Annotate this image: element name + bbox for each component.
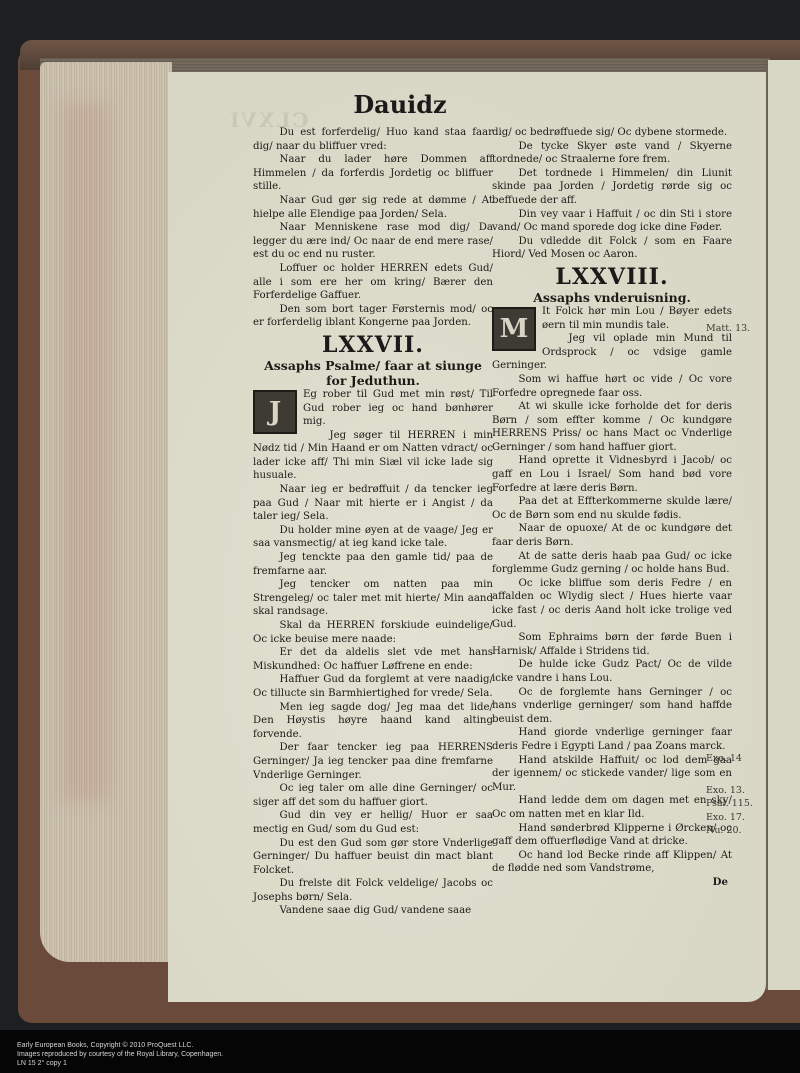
verse: Oc hand lod Becke rinde aff Klippen/ At … — [492, 849, 732, 876]
left-column: Du est forferdelig/ Huo kand staa faar d… — [253, 126, 493, 918]
verse: Oc de forglemte hans Gerninger / oc hans… — [492, 686, 732, 727]
psalm-title: Assaphs vnderuisning. — [492, 290, 732, 305]
margin-note: Psal. 115. — [706, 797, 753, 810]
verse: Skal da HERREN forskiude euindelige/ Oc … — [253, 619, 493, 646]
decorated-initial-icon: J — [253, 390, 297, 434]
verse: Jeg tencker om natten paa min Strengeleg… — [253, 578, 493, 619]
margin-note: Matt. 13. — [706, 322, 750, 335]
verse: Jeg tenckte paa den gamle tid/ paa de fr… — [253, 551, 493, 578]
verse: Det tordnede i Himmelen/ din Liunit skin… — [492, 167, 732, 208]
margin-note: Exo. 17. — [706, 811, 745, 824]
verse: Som Ephraims børn der førde Buen i Harni… — [492, 631, 732, 658]
verse: Hand oprette it Vidnesbyrd i Jacob/ oc g… — [492, 454, 732, 495]
verse: De hulde icke Gudz Pact/ Oc de vilde ick… — [492, 658, 732, 685]
verse: Jeg søger til HERREN i min Nødz tid / Mi… — [253, 429, 493, 483]
verse: Er det da aldelis slet vde met hans Misk… — [253, 646, 493, 673]
verse: Du frelste dit Folck veldelige/ Jacobs o… — [253, 877, 493, 904]
margin-note: Exo. 14 — [706, 752, 742, 765]
running-head: Dauidz — [0, 90, 800, 119]
verse: At de satte deris haab paa Gud/ oc icke … — [492, 550, 732, 577]
verse: Naar de opuoxe/ At de oc kundgøre det fa… — [492, 522, 732, 549]
verse: Hand ledde dem om dagen met en sky/ Oc o… — [492, 794, 732, 821]
decorated-initial-icon: M — [492, 307, 536, 351]
facing-page-edge — [766, 60, 800, 990]
verse: Naar Menniskene rase mod dig/ Da legger … — [253, 221, 493, 262]
footer-courtesy: Images reproduced by courtesy of the Roy… — [17, 1050, 223, 1059]
margin-note: Nu. 20. — [706, 824, 742, 837]
verse: Naar ieg er bedrøffuit / da tencker ieg … — [253, 483, 493, 524]
catchword: De — [492, 876, 732, 890]
page-block-edge — [40, 62, 172, 962]
verse: Den som bort tager Førsternis mod/ oc er… — [253, 303, 493, 330]
verse: Paa det at Effterkommerne skulde lære/ O… — [492, 495, 732, 522]
verse: Naar du lader høre Dommen aff Himmelen /… — [253, 153, 493, 194]
verse: Oc ieg taler om alle dine Gerninger/ oc … — [253, 782, 493, 809]
psalm-number: LXXVIII. — [492, 264, 732, 290]
verse: Der faar tencker ieg paa HERRENS Gerning… — [253, 741, 493, 782]
verse: Naar Gud gør sig rede at dømme / At hiel… — [253, 194, 493, 221]
right-column: dig/ oc bedrøffuede sig/ Oc dybene storm… — [492, 126, 732, 889]
psalm-number: LXXVII. — [253, 332, 493, 358]
verse: Din vey vaar i Haffuit / oc din Sti i st… — [492, 208, 732, 235]
verse: Hand giorde vnderlige gerninger faar der… — [492, 726, 732, 753]
verse: Haffuer Gud da forglemt at vere naadig/ … — [253, 673, 493, 700]
verse: Hand atskilde Haffuit/ oc lod dem gaa de… — [492, 754, 732, 795]
verse: Hand sønderbrød Klipperne i Ørcken/ oc g… — [492, 822, 732, 849]
verse: De tycke Skyer øste vand / Skyerne tordn… — [492, 140, 732, 167]
psalm-title: Assaphs Psalme/ faar at siunge for Jedut… — [253, 358, 493, 388]
footer-shelfmark: LN 15 2° copy 1 — [17, 1059, 67, 1068]
verse: Som wi haffue hørt oc vide / Oc vore For… — [492, 373, 732, 400]
verse: Vandene saae dig Gud/ vandene saae — [253, 904, 493, 918]
verse: dig/ oc bedrøffuede sig/ Oc dybene storm… — [492, 126, 732, 140]
verse: At wi skulle icke forholde det for deris… — [492, 400, 732, 454]
verse: Oc icke bliffue som deris Fedre / en aff… — [492, 577, 732, 631]
verse: Du est den Gud som gør store Vnderlige G… — [253, 837, 493, 878]
margin-note: Exo. 13. — [706, 784, 745, 797]
footer-copyright: Early European Books, Copyright © 2010 P… — [17, 1041, 193, 1050]
verse: Gud din vey er hellig/ Huor er saa mecti… — [253, 809, 493, 836]
copyright-footer: Early European Books, Copyright © 2010 P… — [0, 1030, 800, 1073]
verse: Du vdledde dit Folck / som en Faare Hior… — [492, 235, 732, 262]
verse: Men ieg sagde dog/ Jeg maa det lide/ Den… — [253, 701, 493, 742]
verse: Loffuer oc holder HERREN edets Gud/ alle… — [253, 262, 493, 303]
verse: Du holder mine øyen at de vaage/ Jeg er … — [253, 524, 493, 551]
verse: Du est forferdelig/ Huo kand staa faar d… — [253, 126, 493, 153]
